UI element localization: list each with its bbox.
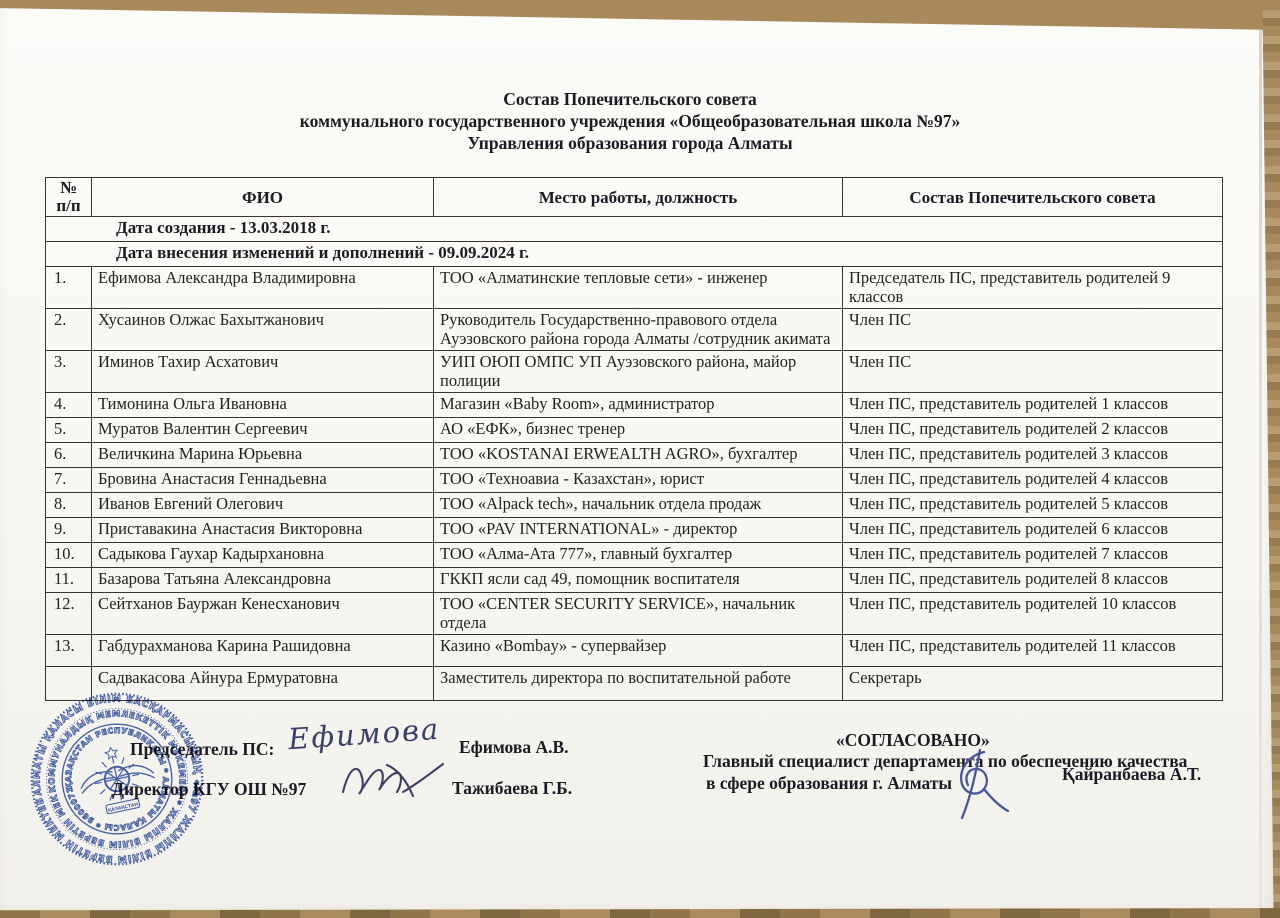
cell-number: 9. [46,518,92,543]
cell-board-role: Член ПС [843,351,1223,393]
cell-workplace: Магазин «Baby Room», администратор [434,393,843,418]
cell-workplace: ТОО «Alpack tech», начальник отдела прод… [434,493,843,518]
cell-number: 3. [46,351,92,393]
meta-amended-text: Дата внесения изменений и дополнений - 0… [46,242,1223,267]
cell-board-role: Член ПС, представитель родителей 3 класс… [843,443,1223,468]
cell-fio: Приставакина Анастасия Викторовна [92,518,434,543]
cell-board-role: Член ПС, представитель родителей 5 класс… [843,493,1223,518]
cell-workplace: ГККП ясли сад 49, помощник воспитателя [434,568,843,593]
table-row: Садвакасова Айнура Ермуратовна Заместите… [46,667,1223,701]
cell-fio: Базарова Татьяна Александровна [92,568,434,593]
cell-board-role: Секретарь [843,667,1223,701]
cell-board-role: Член ПС, представитель родителей 1 класс… [843,393,1223,418]
approved-signature [938,746,1016,824]
emblem-ribbon-text: ҚАЗАҚСТАН [107,802,139,814]
cell-board-role: Председатель ПС, представитель родителей… [843,267,1223,309]
cell-number: 6. [46,443,92,468]
cell-fio: Муратов Валентин Сергеевич [92,418,434,443]
cell-number: 7. [46,468,92,493]
cell-board-role: Член ПС, представитель родителей 6 класс… [843,518,1223,543]
paper-sheet: Состав Попечительского совета коммунальн… [0,0,1280,918]
chairman-name: Ефимова А.В. [459,737,569,758]
members-table: № п/п ФИО Место работы, должность Состав… [45,177,1223,701]
table-row: 5. Муратов Валентин Сергеевич АО «ЕФК», … [46,418,1223,443]
table-row: 7. Бровина Анастасия Геннадьевна ТОО «Те… [46,468,1223,493]
cell-board-role: Член ПС, представитель родителей 4 класс… [843,468,1223,493]
cell-number: 11. [46,568,92,593]
document-title: Состав Попечительского совета коммунальн… [0,88,1260,154]
cell-workplace: Казино «Bombay» - супервайзер [434,635,843,667]
header-cell-num: № п/п [46,178,92,217]
table-row: 4. Тимонина Ольга Ивановна Магазин «Baby… [46,393,1223,418]
table-header-row: № п/п ФИО Место работы, должность Состав… [46,178,1223,217]
emblem-right-wing [118,762,155,786]
table-row: 11. Базарова Татьяна Александровна ГККП … [46,568,1223,593]
cell-workplace: ТОО «Техноавиа - Казахстан», юрист [434,468,843,493]
table-row: 9. Приставакина Анастасия Викторовна ТОО… [46,518,1223,543]
cell-board-role: Член ПС, представитель родителей 10 клас… [843,593,1223,635]
paper-right-fold-shadow [1259,30,1262,908]
meta-created-text: Дата создания - 13.03.2018 г. [46,217,1223,242]
state-emblem: ҚАЗАҚСТАН [74,740,160,819]
header-cell-board: Состав Попечительского совета [843,178,1223,217]
cell-number: 5. [46,418,92,443]
cell-workplace: ТОО «KOSTANAI ERWEALTH AGRO», бухгалтер [434,443,843,468]
cell-number: 12. [46,593,92,635]
cell-fio: Величкина Марина Юрьевна [92,443,434,468]
table-row: 13. Габдурахманова Карина Рашидовна Кази… [46,635,1223,667]
cell-fio: Бровина Анастасия Геннадьевна [92,468,434,493]
table-row: 6. Величкина Марина Юрьевна ТОО «KOSTANA… [46,443,1223,468]
cell-board-role: Член ПС, представитель родителей 11 клас… [843,635,1223,667]
header-cell-work: Место работы, должность [434,178,843,217]
table-row: 3. Иминов Тахир Асхатович УИП ОЮП ОМПС У… [46,351,1223,393]
title-line-2: коммунального государственного учреждени… [0,110,1260,132]
school-round-stamp: АЛМАТЫ ҚАЛАСЫ БІЛІМ БАСҚАРМАСЫНЫҢ «№97 Ж… [7,669,228,890]
cell-fio: Ефимова Александра Владимировна [92,267,434,309]
cell-fio: Садыкова Гаухар Кадырхановна [92,543,434,568]
cell-workplace: АО «ЕФК», бизнес тренер [434,418,843,443]
cell-workplace: Руководитель Государственно-правового от… [434,309,843,351]
cell-board-role: Член ПС, представитель родителей 7 класс… [843,543,1223,568]
table-row: 8. Иванов Евгений Олегович ТОО «Alpack t… [46,493,1223,518]
meta-row-amended: Дата внесения изменений и дополнений - 0… [46,242,1223,267]
cell-workplace: ТОО «Алма-Ата 777», главный бухгалтер [434,543,843,568]
approved-name: Қайранбаева А.Т. [1062,764,1201,785]
cell-number: 4. [46,393,92,418]
approved-line2: в сфере образования г. Алматы [706,773,952,794]
meta-row-created: Дата создания - 13.03.2018 г. [46,217,1223,242]
emblem-star [104,746,118,759]
cell-fio: Иминов Тахир Асхатович [92,351,434,393]
cell-board-role: Член ПС [843,309,1223,351]
cell-number: 10. [46,543,92,568]
cell-number: 8. [46,493,92,518]
table-row: 12. Сейтханов Бауржан Кенесханович ТОО «… [46,593,1223,635]
cell-workplace: ТОО «PAV INTERNATIONAL» - директор [434,518,843,543]
cell-workplace: Заместитель директора по воспитательной … [434,667,843,701]
member-rows: 1. Ефимова Александра Владимировна ТОО «… [46,267,1223,701]
cell-board-role: Член ПС, представитель родителей 2 класс… [843,418,1223,443]
cell-workplace: УИП ОЮП ОМПС УП Ауэзовского района, майо… [434,351,843,393]
director-name: Тажибаева Г.Б. [452,778,572,799]
title-line-3: Управления образования города Алматы [0,132,1260,154]
cell-number: 1. [46,267,92,309]
title-line-1: Состав Попечительского совета [0,88,1260,110]
table-row: 10. Садыкова Гаухар Кадырхановна ТОО «Ал… [46,543,1223,568]
cell-fio: Сейтханов Бауржан Кенесханович [92,593,434,635]
table-row: 1. Ефимова Александра Владимировна ТОО «… [46,267,1223,309]
cell-fio: Иванов Евгений Олегович [92,493,434,518]
scanned-document: Состав Попечительского совета коммунальн… [0,0,1280,918]
cell-number: 13. [46,635,92,667]
cell-workplace: ТОО «Алматинские тепловые сети» - инжене… [434,267,843,309]
cell-board-role: Член ПС, представитель родителей 8 класс… [843,568,1223,593]
cell-number: 2. [46,309,92,351]
director-signature [337,760,449,806]
header-num-line1: № [50,179,87,197]
cell-fio: Хусаинов Олжас Бахытжанович [92,309,434,351]
cell-fio: Тимонина Ольга Ивановна [92,393,434,418]
header-cell-fio: ФИО [92,178,434,217]
header-num-line2: п/п [50,197,87,215]
cell-workplace: ТОО «CENTER SECURITY SERVICE», начальник… [434,593,843,635]
chairman-handwritten-signature: Ефимова [287,712,441,757]
table-row: 2. Хусаинов Олжас Бахытжанович Руководит… [46,309,1223,351]
cell-fio: Габдурахманова Карина Рашидовна [92,635,434,667]
